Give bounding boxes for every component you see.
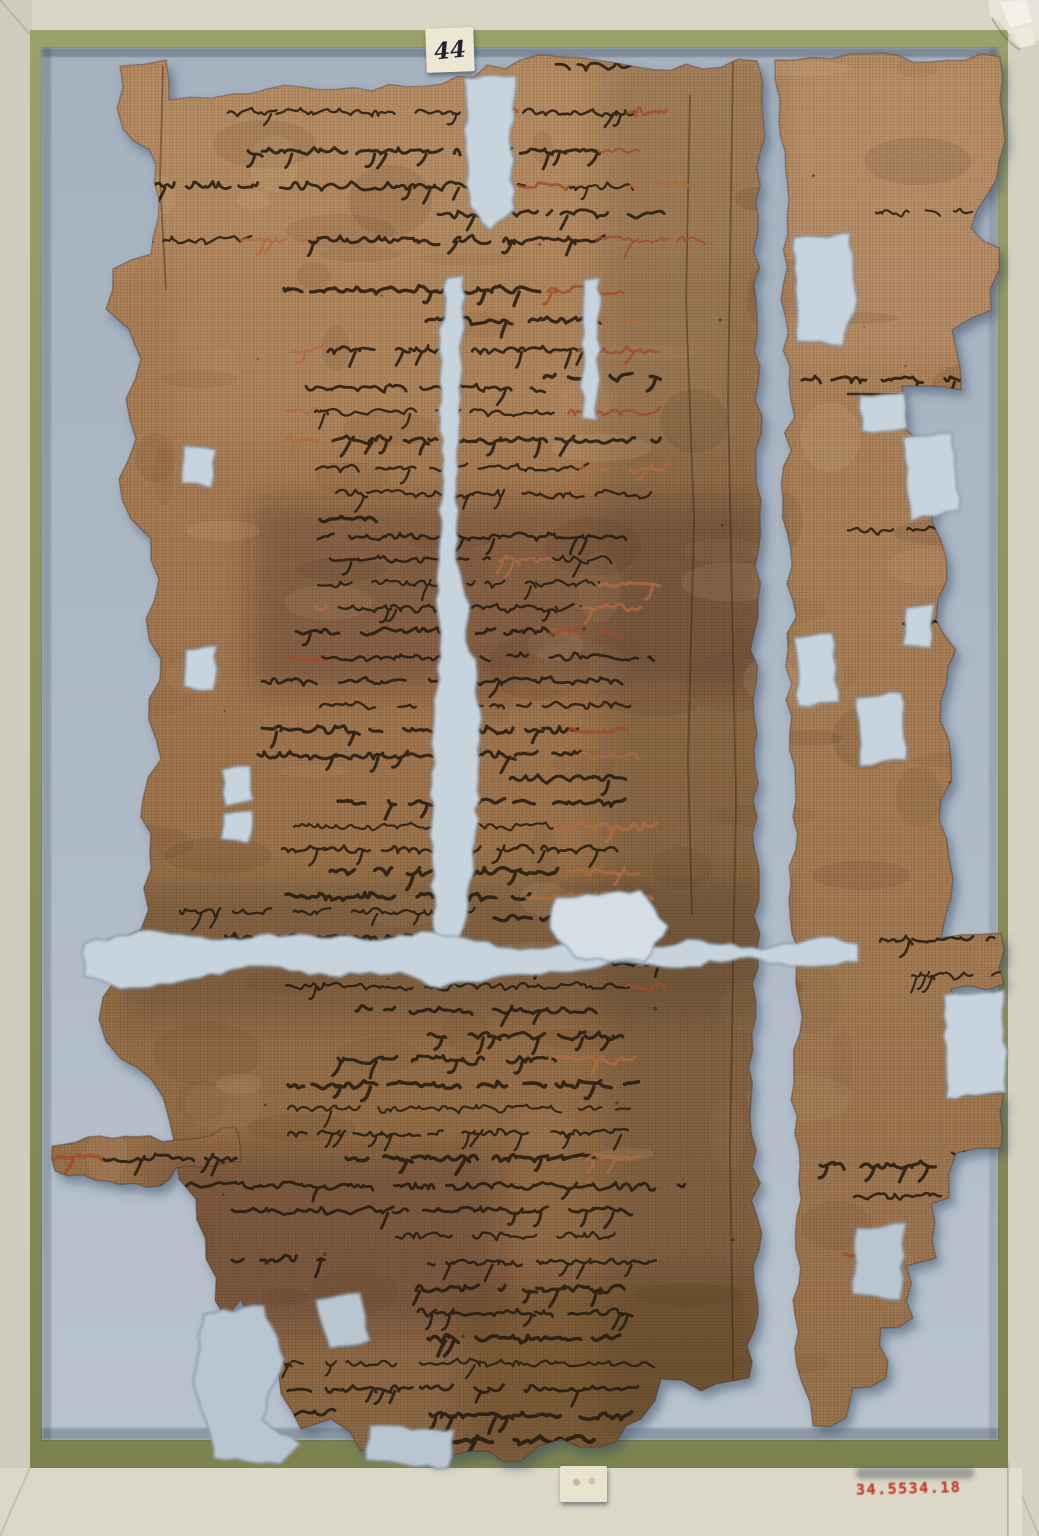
frame-number-text: 44 xyxy=(433,35,468,65)
artifact-photo-svg xyxy=(0,0,1039,1536)
frame-number-label: 44 xyxy=(425,27,475,73)
bottom-blank-label xyxy=(560,1466,607,1502)
accession-stamp: 34.5534.18 xyxy=(856,1477,996,1499)
framed-papyrus-photo: 44 34.5534.18 xyxy=(0,0,1039,1536)
